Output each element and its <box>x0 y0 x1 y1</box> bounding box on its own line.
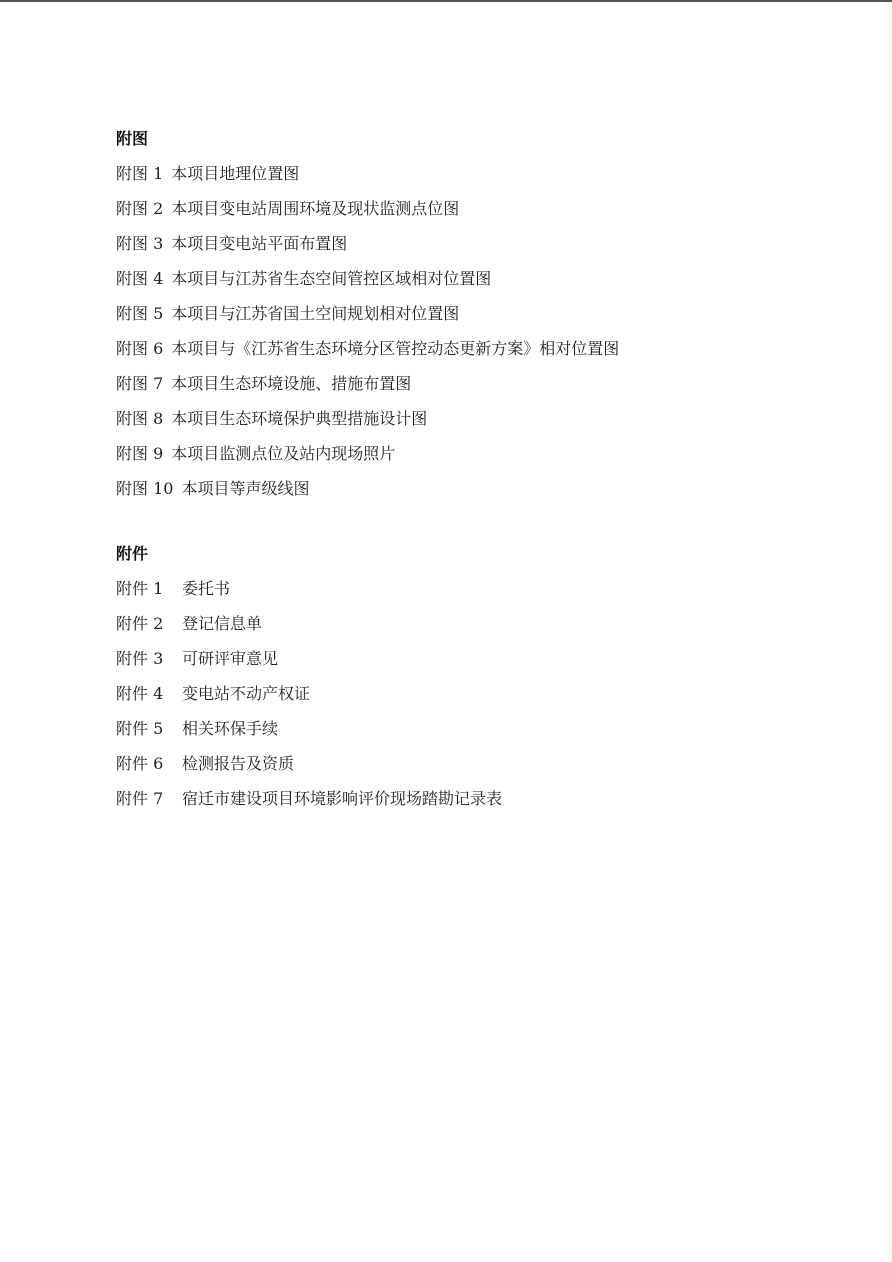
attachment-number: 附件 4 <box>116 681 182 707</box>
attachment-title: 宿迁市建设项目环境影响评价现场踏勘记录表 <box>182 789 502 808</box>
figure-title: 本项目变电站周围环境及现状监测点位图 <box>171 199 459 218</box>
attachment-item-7: 附件 7宿迁市建设项目环境影响评价现场踏勘记录表 <box>116 786 816 821</box>
figure-item-10: 附图 10本项目等声级线图 <box>116 476 816 511</box>
figures-section: 附图 附图 1本项目地理位置图 附图 2本项目变电站周围环境及现状监测点位图 附… <box>116 126 816 511</box>
attachment-title: 可研评审意见 <box>182 649 278 668</box>
attachment-item-5: 附件 5相关环保手续 <box>116 716 816 751</box>
attachment-title: 检测报告及资质 <box>182 754 294 773</box>
page-top-border <box>0 0 892 2</box>
attachments-section: 附件 附件 1委托书 附件 2登记信息单 附件 3可研评审意见 附件 4变电站不… <box>116 541 816 821</box>
attachment-title: 委托书 <box>182 579 230 598</box>
attachment-number: 附件 5 <box>116 716 182 742</box>
attachment-title: 相关环保手续 <box>182 719 278 738</box>
attachment-number: 附件 7 <box>116 786 182 812</box>
figure-item-7: 附图 7本项目生态环境设施、措施布置图 <box>116 371 816 406</box>
figure-item-8: 附图 8本项目生态环境保护典型措施设计图 <box>116 406 816 441</box>
figure-number: 附图 1 <box>116 161 163 187</box>
figure-number: 附图 6 <box>116 336 163 362</box>
figure-number: 附图 2 <box>116 196 163 222</box>
figure-item-6: 附图 6本项目与《江苏省生态环境分区管控动态更新方案》相对位置图 <box>116 336 816 371</box>
document-page: 附图 附图 1本项目地理位置图 附图 2本项目变电站周围环境及现状监测点位图 附… <box>116 126 816 821</box>
figure-number: 附图 8 <box>116 406 163 432</box>
figure-number: 附图 3 <box>116 231 163 257</box>
figure-title: 本项目监测点位及站内现场照片 <box>171 444 395 463</box>
attachment-item-1: 附件 1委托书 <box>116 576 816 611</box>
figure-number: 附图 7 <box>116 371 163 397</box>
attachment-item-3: 附件 3可研评审意见 <box>116 646 816 681</box>
figure-title: 本项目与江苏省生态空间管控区域相对位置图 <box>171 269 491 288</box>
figure-title: 本项目地理位置图 <box>171 164 299 183</box>
figure-number: 附图 5 <box>116 301 163 327</box>
figure-title: 本项目生态环境保护典型措施设计图 <box>171 409 427 428</box>
figure-title: 本项目生态环境设施、措施布置图 <box>171 374 411 393</box>
figure-item-5: 附图 5本项目与江苏省国土空间规划相对位置图 <box>116 301 816 336</box>
figure-number: 附图 10 <box>116 476 173 502</box>
figure-item-2: 附图 2本项目变电站周围环境及现状监测点位图 <box>116 196 816 231</box>
figures-heading: 附图 <box>116 126 816 161</box>
figures-list: 附图 1本项目地理位置图 附图 2本项目变电站周围环境及现状监测点位图 附图 3… <box>116 161 816 511</box>
attachment-number: 附件 6 <box>116 751 182 777</box>
attachment-number: 附件 3 <box>116 646 182 672</box>
figure-item-3: 附图 3本项目变电站平面布置图 <box>116 231 816 266</box>
attachment-number: 附件 1 <box>116 576 182 602</box>
attachment-title: 登记信息单 <box>182 614 262 633</box>
attachment-item-6: 附件 6检测报告及资质 <box>116 751 816 786</box>
figure-title: 本项目与江苏省国土空间规划相对位置图 <box>171 304 459 323</box>
figure-item-1: 附图 1本项目地理位置图 <box>116 161 816 196</box>
figure-number: 附图 4 <box>116 266 163 292</box>
attachment-item-4: 附件 4变电站不动产权证 <box>116 681 816 716</box>
attachment-item-2: 附件 2登记信息单 <box>116 611 816 646</box>
figure-item-4: 附图 4本项目与江苏省生态空间管控区域相对位置图 <box>116 266 816 301</box>
figure-number: 附图 9 <box>116 441 163 467</box>
attachment-title: 变电站不动产权证 <box>182 684 310 703</box>
figure-title: 本项目变电站平面布置图 <box>171 234 347 253</box>
figure-title: 本项目等声级线图 <box>181 479 309 498</box>
attachment-number: 附件 2 <box>116 611 182 637</box>
figure-item-9: 附图 9本项目监测点位及站内现场照片 <box>116 441 816 476</box>
section-spacer <box>116 511 816 541</box>
attachments-list: 附件 1委托书 附件 2登记信息单 附件 3可研评审意见 附件 4变电站不动产权… <box>116 576 816 821</box>
page-right-edge-shadow <box>882 2 892 1262</box>
attachments-heading: 附件 <box>116 541 816 576</box>
figure-title: 本项目与《江苏省生态环境分区管控动态更新方案》相对位置图 <box>171 339 619 358</box>
